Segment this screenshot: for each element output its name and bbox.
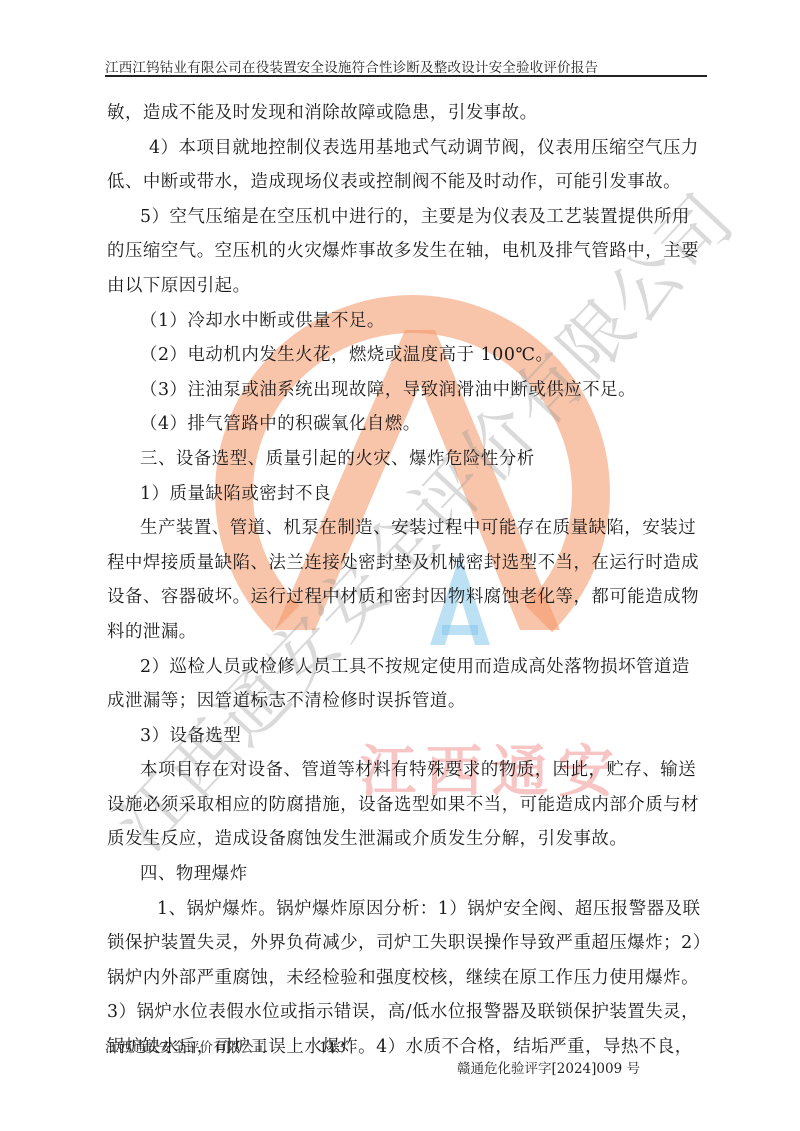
footer-company: 江西通安安全评价有限公司: [105, 1036, 267, 1056]
body-line: 的压缩空气。空压机的火灾爆炸事故多发生在轴，电机及排气管路中，主要: [107, 234, 703, 269]
section-heading: 四、物理爆炸: [107, 857, 703, 892]
list-item: （2）电动机内发生火花，燃烧或温度高于 100℃。: [107, 338, 703, 373]
body-line: 1、锅炉爆炸。锅炉爆炸原因分析：1）锅炉安全阀、超压报警器及联: [107, 892, 703, 927]
body-line: 本项目存在对设备、管道等材料有特殊要求的物质，因此，贮存、输送: [107, 753, 703, 788]
body-line: 设施必须采取相应的防腐措施，设备选型如果不当，可能造成内部介质与材: [107, 788, 703, 823]
body-line: 低、中断或带水，造成现场仪表或控制阀不能及时动作，可能引发事故。: [107, 165, 703, 200]
body-line: 锅炉内外部严重腐蚀，未经检验和强度校核，继续在原工作压力使用爆炸。: [107, 961, 703, 996]
body-line: 质发生反应，造成设备腐蚀发生泄漏或介质发生分解，引发事故。: [107, 822, 703, 857]
subsection-heading: 3）设备选型: [107, 719, 703, 754]
document-body: 敏，造成不能及时发现和消除故障或隐患，引发事故。 4）本项目就地控制仪表选用基地…: [107, 96, 703, 1065]
body-line: 2）巡检人员或检修人员工具不按规定使用而造成高处落物损坏管道造: [107, 650, 703, 685]
section-heading: 三、设备选型、质量引起的火灾、爆炸危险性分析: [107, 442, 703, 477]
list-item: （4）排气管路中的积碳氧化自燃。: [107, 407, 703, 442]
body-line: 生产装置、管道、机泵在制造、安装过程中可能存在质量缺陷，安装过: [107, 511, 703, 546]
body-line: 由以下原因引起。: [107, 269, 703, 304]
body-line: 料的泄漏。: [107, 615, 703, 650]
body-line: 设备、容器破坏。运行过程中材质和密封因物料腐蚀老化等，都可能造成物: [107, 580, 703, 615]
body-line: 4）本项目就地控制仪表选用基地式气动调节阀，仪表用压缩空气压力: [107, 131, 703, 166]
body-line: 程中焊接质量缺陷、法兰连接处密封垫及机械密封选型不当，在运行时造成: [107, 546, 703, 581]
page-number: 113: [319, 1040, 346, 1056]
body-line: 3）锅炉水位表假水位或指示错误，高/低水位报警器及联锁保护装置失灵，: [107, 995, 703, 1030]
list-item: （1）冷却水中断或供量不足。: [107, 304, 703, 339]
body-line: 5）空气压缩是在空压机中进行的，主要是为仪表及工艺装置提供所用: [107, 200, 703, 235]
document-number: 赣通危化验评字[2024]009 号: [457, 1057, 640, 1077]
body-line: 锁保护装置失灵，外界负荷减少，司炉工失职误操作导致严重超压爆炸；2）: [107, 926, 703, 961]
running-header: 江西江钨钴业有限公司在役装置安全设施符合性诊断及整改设计安全验收评价报告: [105, 56, 705, 76]
body-line: 敏，造成不能及时发现和消除故障或隐患，引发事故。: [107, 96, 703, 131]
subsection-heading: 1）质量缺陷或密封不良: [107, 477, 703, 512]
header-divider: [105, 75, 707, 77]
list-item: （3）注油泵或油系统出现故障，导致润滑油中断或供应不足。: [107, 373, 703, 408]
body-line: 成泄漏等；因管道标志不清检修时误拆管道。: [107, 684, 703, 719]
